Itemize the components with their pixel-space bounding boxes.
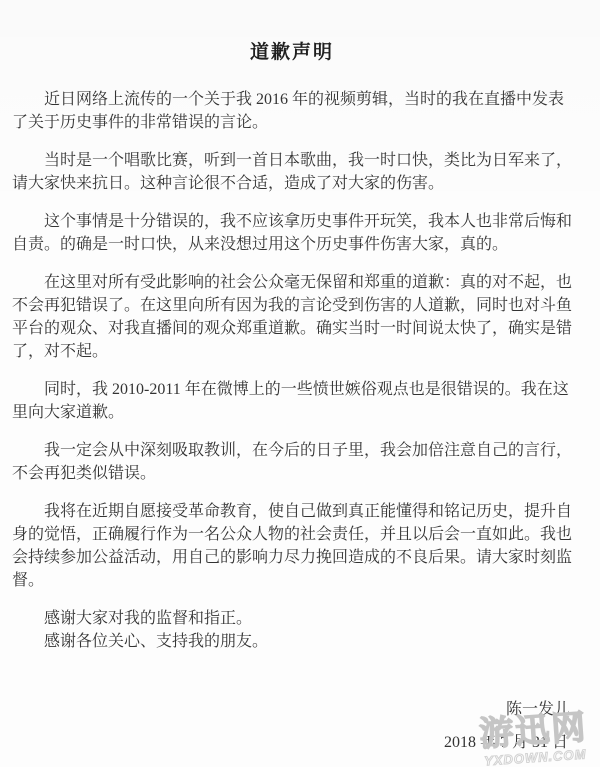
statement-paragraph-2: 当时是一个唱歌比赛，听到一首日本歌曲，我一时口快，类比为日军来了，请大家快来抗日…	[12, 149, 572, 195]
closing-line-2: 感谢各位关心、支持我的朋友。	[12, 630, 572, 653]
statement-paragraph-7: 我将在近期自愿接受革命教育，使自己做到真正能懂得和铭记历史，提升自身的觉悟，正确…	[12, 500, 572, 592]
statement-paragraph-4: 在这里对所有受此影响的社会公众毫无保留和郑重的道歉：真的对不起，也不会再犯错误了…	[12, 271, 572, 363]
closing-line-1: 感谢大家对我的监督和指正。	[12, 607, 572, 630]
signature: 陈一发儿	[12, 698, 572, 721]
date: 2018 年 7 月 31 日	[12, 731, 572, 754]
apology-statement-document: 道歉声明 近日网络上流传的一个关于我 2016 年的视频剪辑，当时的我在直播中发…	[0, 0, 600, 767]
statement-paragraph-6: 我一定会从中深刻吸取教训，在今后的日子里，我会加倍注意自己的言行，不会再犯类似错…	[12, 439, 572, 485]
closing-lines: 感谢大家对我的监督和指正。 感谢各位关心、支持我的朋友。	[12, 607, 572, 653]
signature-block: 陈一发儿 2018 年 7 月 31 日	[12, 698, 572, 754]
statement-paragraph-3: 这个事情是十分错误的，我不应该拿历史事件开玩笑，我本人也非常后悔和自责。的确是一…	[12, 210, 572, 256]
page-title: 道歉声明	[12, 40, 572, 66]
statement-paragraph-1: 近日网络上流传的一个关于我 2016 年的视频剪辑，当时的我在直播中发表了关于历…	[12, 88, 572, 134]
statement-paragraph-5: 同时，我 2010-2011 年在微博上的一些愤世嫉俗观点也是很错误的。我在这里…	[12, 378, 572, 424]
